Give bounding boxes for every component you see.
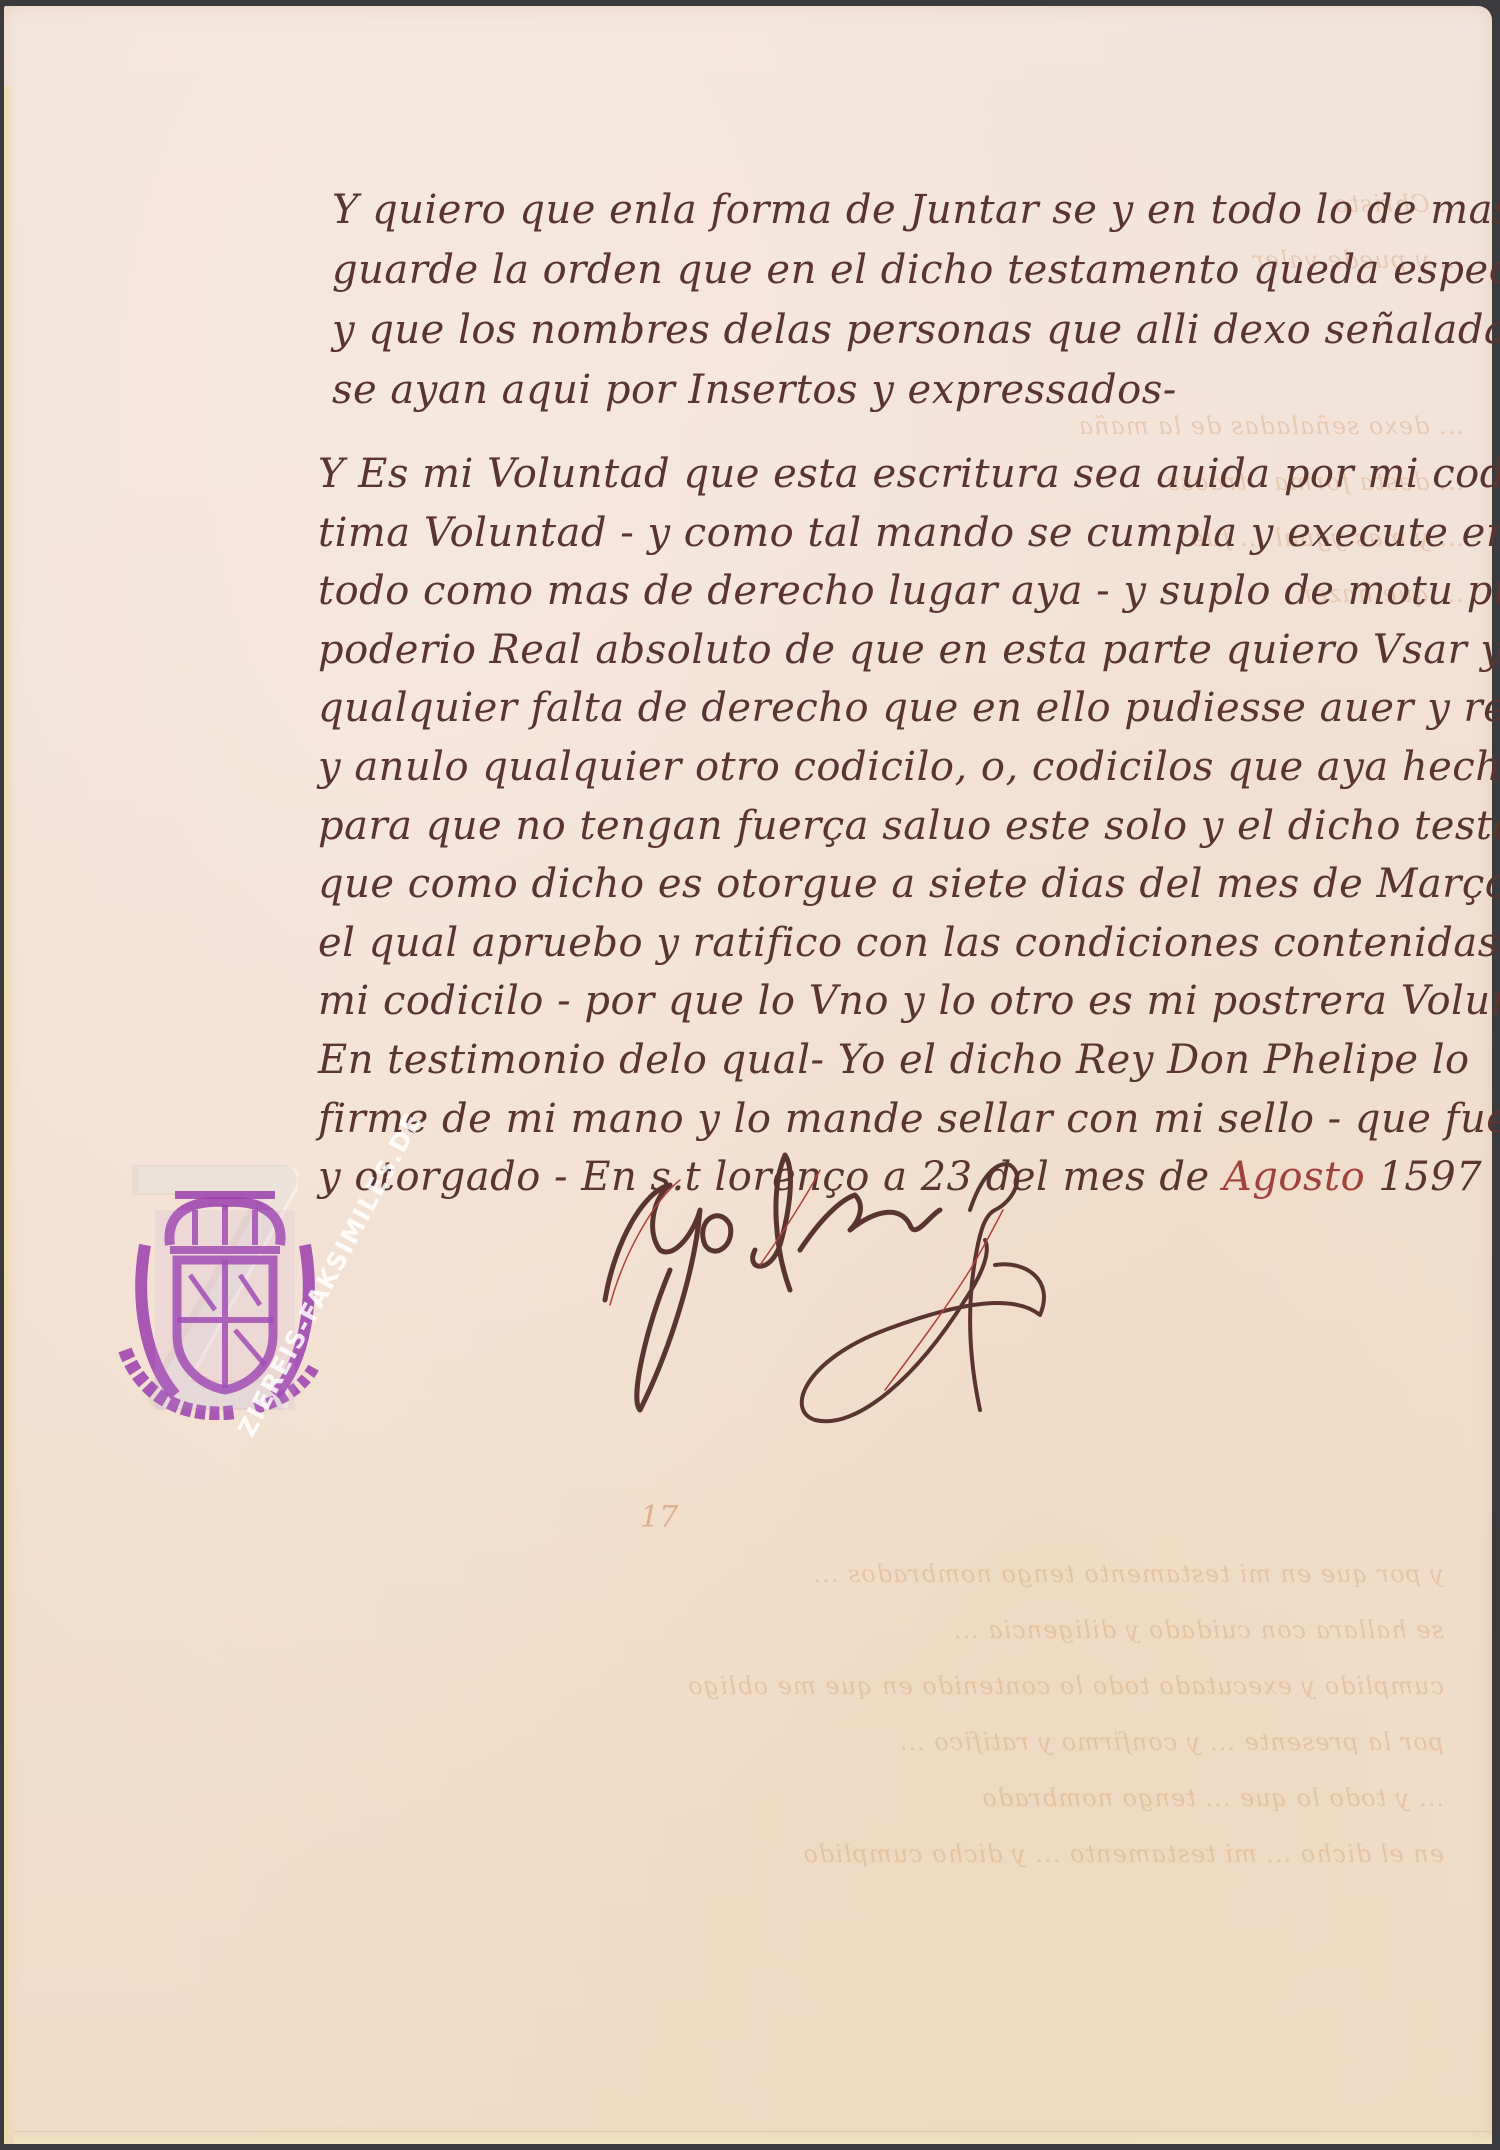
text-line: mi codicilo - por que lo Vno y lo otro e…	[318, 972, 1500, 1031]
text-line: qualquier falta de derecho que en ello p…	[318, 679, 1500, 738]
stamp-text: Archivo Gral. de Simancas	[115, 1150, 126, 1151]
text-line: firme de mi mano y lo mande sellar con m…	[318, 1090, 1500, 1149]
bleed-through-lower: y por que en mi testamento tengo nombrad…	[44, 1506, 1444, 1882]
date-month: Agosto	[1223, 1154, 1365, 1200]
bleed-line: ... y todo lo que ... tengo nombrado	[44, 1770, 1444, 1826]
text-line: tima Voluntad - y como tal mando se cump…	[318, 504, 1500, 563]
date-year: 1597	[1378, 1154, 1482, 1200]
text-line: y anulo qualquier otro codicilo, o, codi…	[318, 738, 1500, 797]
bleed-line: en el dicho ... mi testamento ... y dich…	[44, 1826, 1444, 1882]
text-line: se ayan aqui por Insertos y expressados-	[332, 360, 1500, 420]
text-line: que como dicho es otorgue a siete dias d…	[318, 855, 1500, 914]
signature-flourish-icon	[585, 1150, 1055, 1450]
text-line: todo como mas de derecho lugar aya - y s…	[318, 562, 1500, 621]
text-line: Y Es mi Voluntad que esta escritura sea …	[318, 445, 1500, 504]
page-edge-left	[4, 86, 14, 2144]
text-line: guarde la orden que en el dicho testamen…	[332, 240, 1500, 300]
paragraph-2: Y Es mi Voluntad que esta escritura sea …	[318, 445, 1500, 1207]
folio-mark: 17	[640, 1500, 678, 1535]
bleed-line: cumplido y executado todo lo contenido e…	[44, 1658, 1444, 1714]
coat-of-arms-stamp-icon	[115, 1150, 335, 1420]
bleed-line: se hallara con cuidado y diligencia ...	[44, 1602, 1444, 1658]
text-line: para que no tengan fuerça saluo este sol…	[318, 797, 1500, 856]
text-line: el qual apruebo y ratifico con las condi…	[318, 914, 1500, 973]
signature-text: Yo el Rey	[585, 1150, 590, 1151]
paragraph-1: Y quiero que enla forma de Juntar se y e…	[332, 180, 1500, 420]
page-edge-bottom	[14, 2131, 1492, 2144]
bleed-line: por la presente ... y confirmo y ratific…	[44, 1714, 1444, 1770]
text-line: En testimonio delo qual- Yo el dicho Rey…	[318, 1031, 1500, 1090]
text-line: Y quiero que enla forma de Juntar se y e…	[332, 180, 1500, 240]
royal-signature: Yo el Rey	[585, 1150, 1055, 1450]
text-line: y que los nombres delas personas que all…	[332, 300, 1500, 360]
bleed-line: y por que en mi testamento tengo nombrad…	[44, 1546, 1444, 1602]
text-line: poderio Real absoluto de que en esta par…	[318, 621, 1500, 680]
archive-stamp: Archivo Gral. de Simancas	[115, 1150, 335, 1420]
